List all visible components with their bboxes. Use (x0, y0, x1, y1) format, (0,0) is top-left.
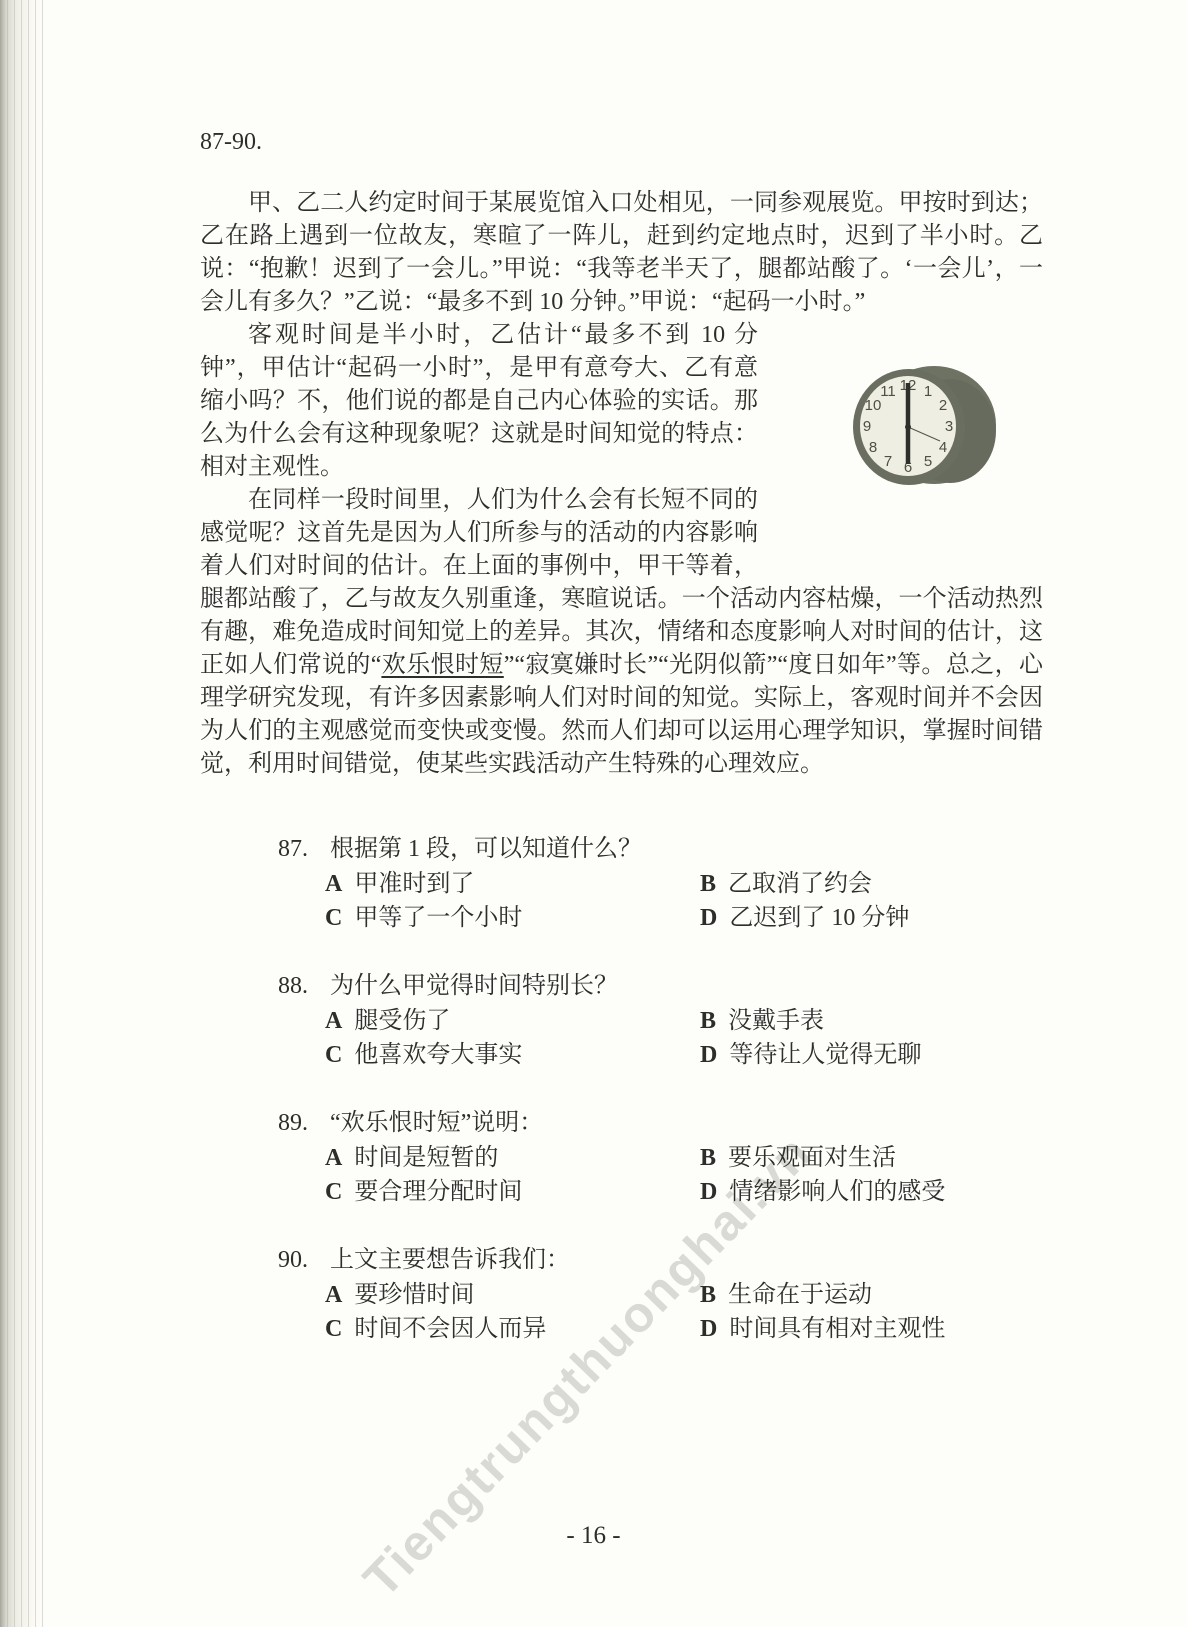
svg-text:10: 10 (865, 397, 882, 414)
option-b: B生命在于运动 (700, 1278, 1043, 1312)
option-c: C要合理分配时间 (325, 1175, 700, 1209)
questions-section: 87.根据第 1 段，可以知道什么？ A甲准时到了 B乙取消了约会 C甲等了一个… (278, 831, 1043, 1346)
question-number: 88. (278, 968, 330, 1004)
option-c: C时间不会因人而异 (325, 1312, 700, 1346)
option-a: A时间是短暂的 (325, 1141, 700, 1175)
question-87: 87.根据第 1 段，可以知道什么？ A甲准时到了 B乙取消了约会 C甲等了一个… (278, 831, 1043, 935)
svg-text:9: 9 (863, 418, 871, 435)
passage-paragraph-1: 甲、乙二人约定时间于某展览馆入口处相见，一同参观展览。甲按时到达；乙在路上遇到一… (200, 187, 1043, 319)
option-d: D等待让人觉得无聊 (700, 1038, 1043, 1072)
option-d: D时间具有相对主观性 (700, 1312, 1043, 1346)
option-a: A腿受伤了 (325, 1004, 700, 1038)
clock-illustration: 12 1 2 3 4 5 6 7 8 9 10 11 (758, 319, 1043, 557)
question-number: 89. (278, 1105, 330, 1141)
question-text: 为什么甲觉得时间特别长？ (330, 973, 618, 999)
svg-text:1: 1 (924, 383, 932, 400)
svg-text:7: 7 (884, 453, 892, 470)
option-b: B乙取消了约会 (700, 867, 1043, 901)
question-range-label: 87-90. (200, 126, 1043, 159)
svg-text:11: 11 (880, 383, 896, 400)
question-text: 根据第 1 段，可以知道什么？ (330, 836, 642, 862)
svg-text:3: 3 (945, 418, 953, 435)
book-binding-edge (0, 0, 46, 1627)
option-b: B没戴手表 (700, 1004, 1043, 1038)
svg-text:2: 2 (939, 397, 947, 414)
passage-paragraph-2: 12 1 2 3 4 5 6 7 8 9 10 11 (200, 319, 1043, 484)
question-text: 上文主要想告诉我们： (330, 1247, 570, 1273)
svg-text:4: 4 (939, 439, 947, 456)
option-c: C甲等了一个小时 (325, 901, 700, 935)
question-text: “欢乐恨时短”说明： (330, 1110, 543, 1136)
clock-icon: 12 1 2 3 4 5 6 7 8 9 10 11 (830, 361, 998, 495)
option-c: C他喜欢夸大事实 (325, 1038, 700, 1072)
svg-text:8: 8 (869, 439, 877, 456)
option-d: D乙迟到了 10 分钟 (700, 901, 1043, 935)
option-a: A要珍惜时间 (325, 1278, 700, 1312)
option-b: B要乐观面对生活 (700, 1141, 1043, 1175)
scanned-exam-page: Tiengtrungthuonghai.vn 87-90. 甲、乙二人约定时间于… (0, 0, 1187, 1627)
question-89: 89.“欢乐恨时短”说明： A时间是短暂的 B要乐观面对生活 C要合理分配时间 … (278, 1105, 1043, 1209)
svg-text:5: 5 (924, 453, 932, 470)
question-90: 90.上文主要想告诉我们： A要珍惜时间 B生命在于运动 C时间不会因人而异 D… (278, 1242, 1043, 1346)
question-number: 90. (278, 1242, 330, 1278)
underlined-phrase: 欢乐恨时短 (381, 652, 503, 678)
question-88: 88.为什么甲觉得时间特别长？ A腿受伤了 B没戴手表 C他喜欢夸大事实 D等待… (278, 968, 1043, 1072)
page-number: - 16 - (0, 1522, 1187, 1550)
option-d: D情绪影响人们的感受 (700, 1175, 1043, 1209)
option-a: A甲准时到了 (325, 867, 700, 901)
reading-passage: 甲、乙二人约定时间于某展览馆入口处相见，一同参观展览。甲按时到达；乙在路上遇到一… (200, 187, 1043, 781)
page-content: 87-90. 甲、乙二人约定时间于某展览馆入口处相见，一同参观展览。甲按时到达；… (200, 126, 1043, 1379)
question-number: 87. (278, 831, 330, 867)
